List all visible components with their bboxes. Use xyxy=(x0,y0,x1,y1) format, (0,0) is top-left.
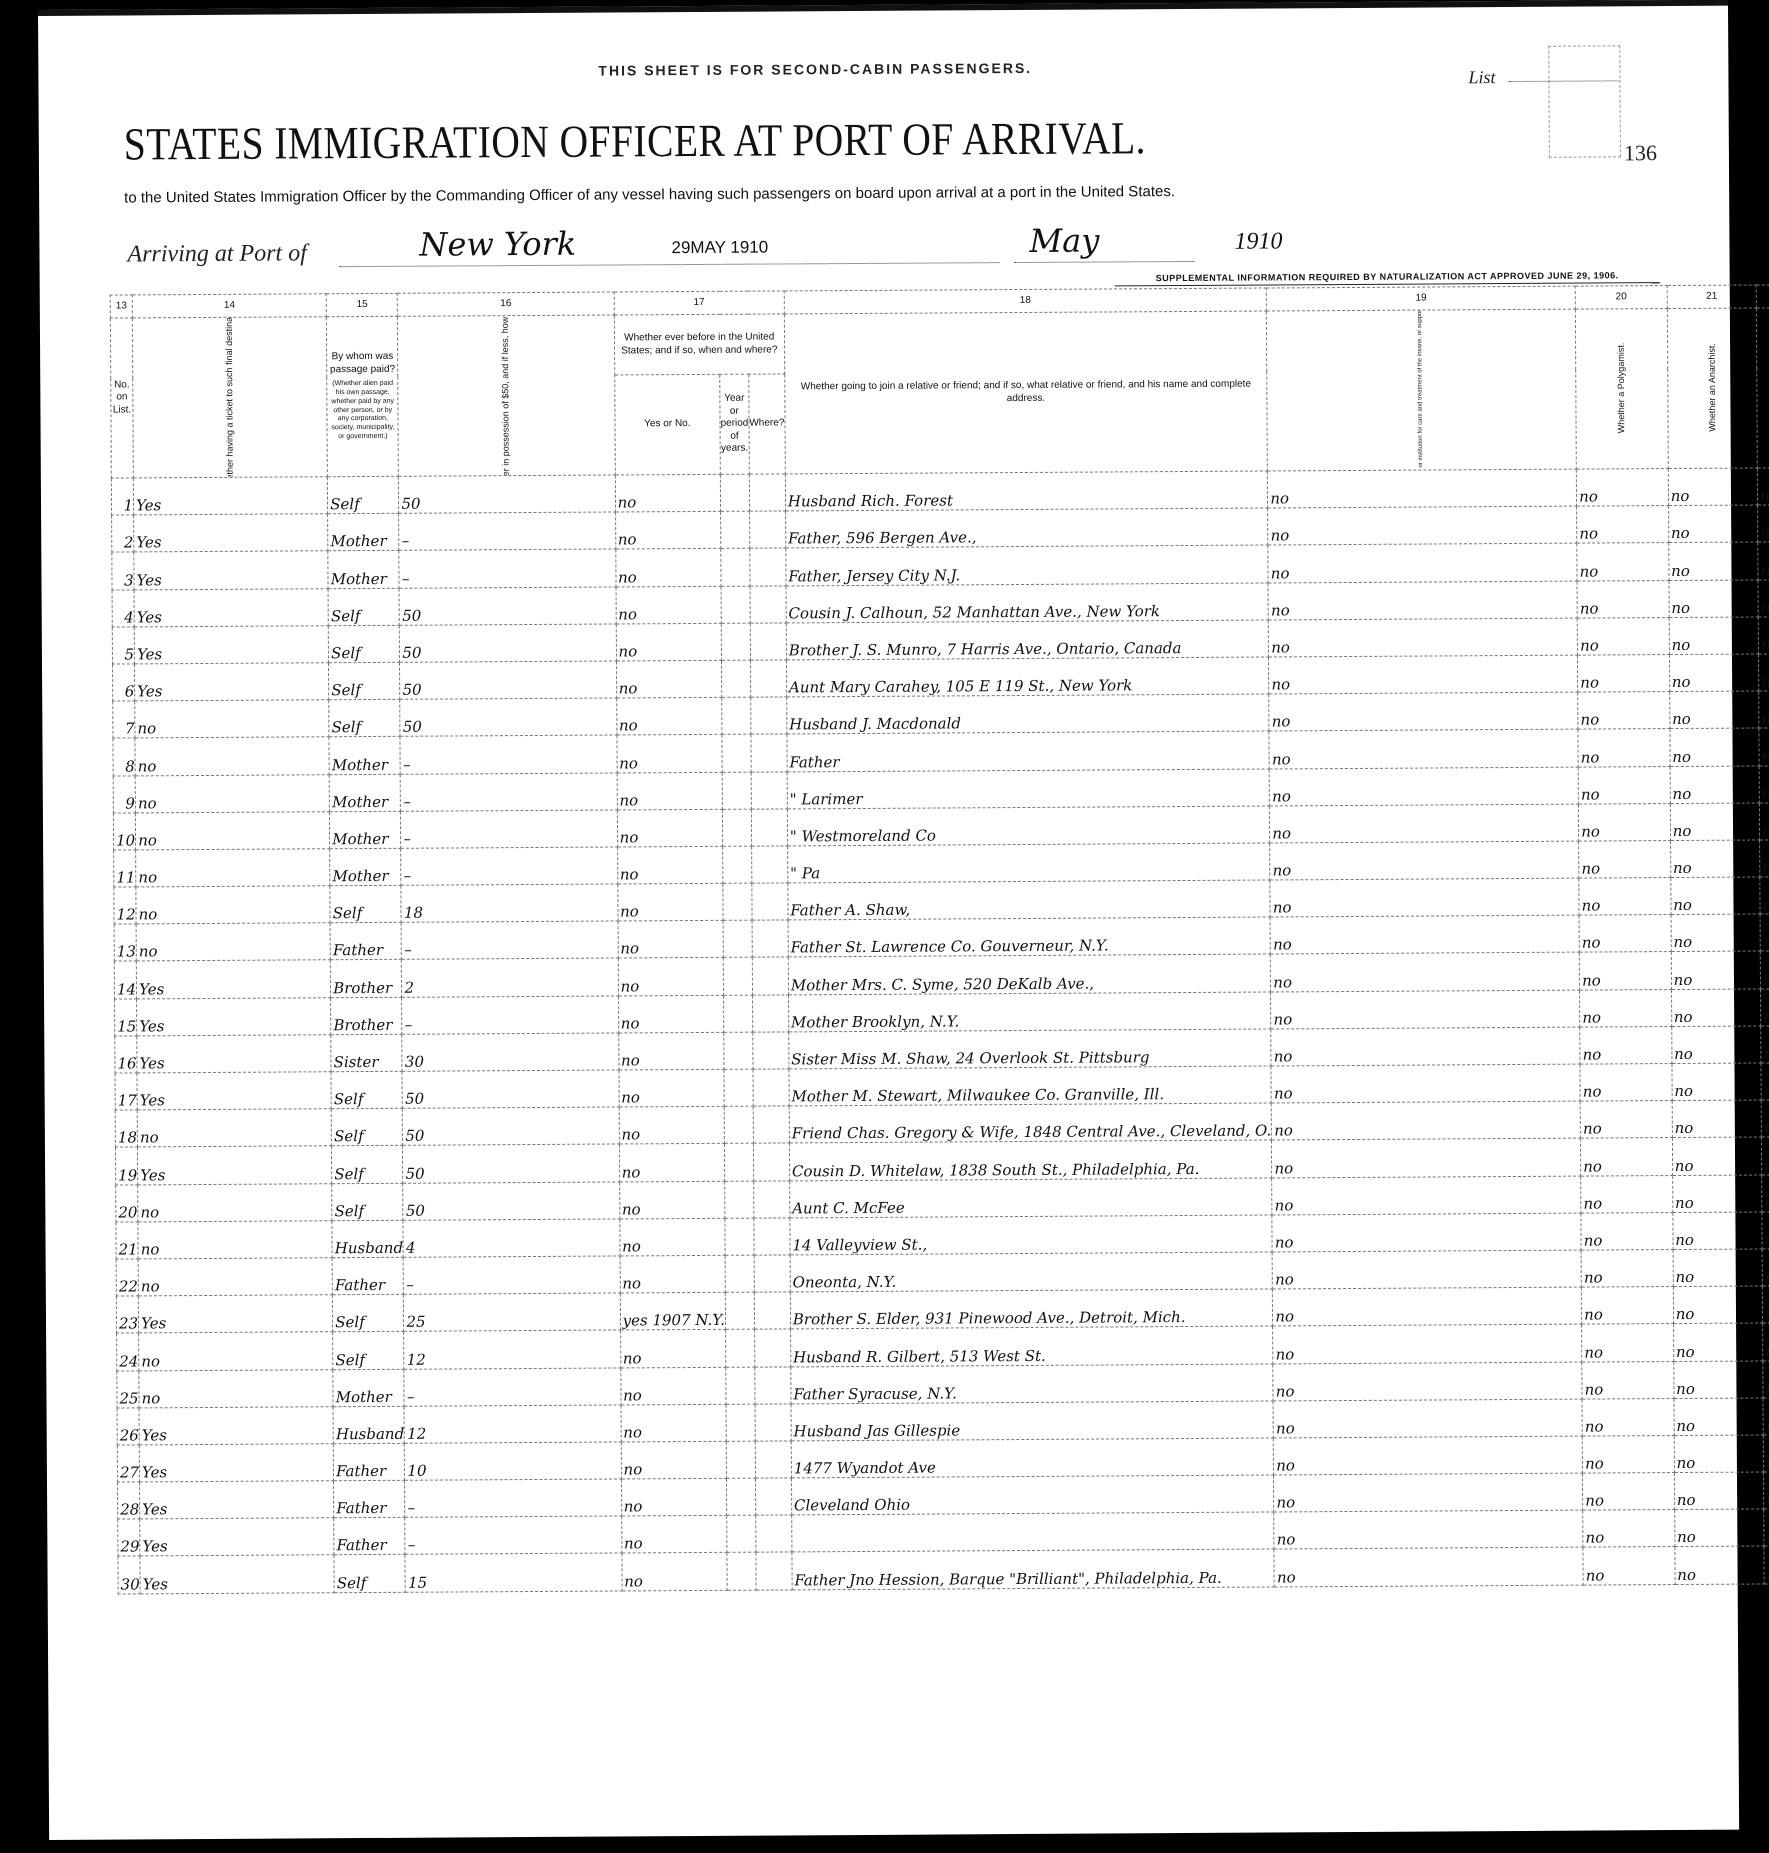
cell-labor: no xyxy=(1758,578,1769,617)
cell-no: 19 xyxy=(115,1147,137,1184)
cell-empty xyxy=(724,1032,753,1069)
cell-anar: no xyxy=(1674,1398,1764,1436)
cell-labor: no xyxy=(1764,1507,1769,1546)
cell-empty xyxy=(753,1143,789,1180)
cell-join: " Pa xyxy=(787,843,1270,883)
col19-number: 19 xyxy=(1267,286,1576,311)
cell-join: Mother Mrs. C. Syme, 520 DeKalb Ave., xyxy=(788,954,1271,994)
col13-number: 13 xyxy=(110,295,132,318)
cell-before: no xyxy=(621,1516,727,1554)
cell-no: 16 xyxy=(115,1036,137,1073)
cell-join: Brother J. S. Munro, 7 Harris Ave., Onta… xyxy=(786,620,1269,660)
cell-labor: no xyxy=(1763,1433,1769,1472)
cell-labor: no xyxy=(1764,1544,1769,1583)
cell-no: 23 xyxy=(116,1296,138,1333)
cell-paid: Self xyxy=(328,476,399,514)
cell-money: 4 xyxy=(403,1219,619,1258)
cell-ticket: no xyxy=(135,811,329,849)
cell-money: – xyxy=(401,772,617,811)
cell-before: no xyxy=(617,883,723,921)
cell-empty xyxy=(754,1218,790,1255)
cell-before: no xyxy=(621,1404,727,1442)
cell-ticket: Yes xyxy=(138,1146,332,1184)
cell-empty xyxy=(755,1404,791,1441)
cell-paid: Self xyxy=(328,625,399,663)
cell-ticket: no xyxy=(139,1369,333,1407)
cell-money: – xyxy=(402,921,618,960)
cell-join xyxy=(792,1512,1275,1552)
cell-labor: no xyxy=(1763,1396,1769,1435)
col21-label: Whether an Anarchist. xyxy=(1667,308,1758,469)
cell-labor: no xyxy=(1760,912,1769,951)
cell-ticket: Yes xyxy=(140,1518,334,1556)
cell-poly: no xyxy=(1581,1249,1673,1287)
cell-ticket: Yes xyxy=(139,1406,333,1444)
cell-empty xyxy=(751,846,787,883)
cell-before: no xyxy=(616,586,722,624)
cell-paid: Brother xyxy=(331,960,402,998)
cell-join: Husband J. Macdonald xyxy=(787,694,1270,734)
col20-number: 20 xyxy=(1575,286,1667,310)
cell-empty xyxy=(755,1441,791,1478)
cell-ticket: no xyxy=(135,774,329,812)
cell-no: 2 xyxy=(112,515,134,552)
cell-anar: no xyxy=(1670,728,1760,766)
cell-before: no xyxy=(618,995,724,1033)
cell-empty xyxy=(725,1181,754,1218)
cell-labor: no xyxy=(1759,763,1769,802)
cell-before: no xyxy=(619,1144,725,1182)
cell-labor: no xyxy=(1760,801,1769,840)
cell-join: Father, 596 Bergen Ave., xyxy=(785,508,1268,548)
cell-no: 18 xyxy=(115,1110,137,1147)
cell-paid: Self xyxy=(330,885,401,923)
cell-anar: no xyxy=(1672,1175,1762,1213)
cell-poly: no xyxy=(1579,915,1671,953)
cell-no: 28 xyxy=(117,1482,139,1519)
cell-before: no xyxy=(619,1181,725,1219)
cell-prison: no xyxy=(1269,655,1578,694)
cell-paid: Self xyxy=(332,1183,403,1221)
cell-empty xyxy=(726,1329,755,1366)
cell-poly: no xyxy=(1581,1287,1673,1325)
cell-labor: no xyxy=(1763,1358,1769,1397)
cell-paid: Husband xyxy=(332,1220,403,1258)
cell-money: 50 xyxy=(399,587,615,626)
cell-join: Sister Miss M. Shaw, 24 Overlook St. Pit… xyxy=(789,1029,1272,1069)
cell-anar: no xyxy=(1674,1509,1764,1547)
cell-before: no xyxy=(616,660,722,698)
cell-prison: no xyxy=(1271,1064,1580,1103)
manifest-sheet: THIS SHEET IS FOR SECOND-CABIN PASSENGER… xyxy=(38,0,1739,1840)
cell-poly: no xyxy=(1579,803,1671,841)
cell-join: Cousin J. Calhoun, 52 Manhattan Ave., Ne… xyxy=(786,583,1269,623)
list-stamp-box xyxy=(1548,45,1621,157)
cell-empty xyxy=(724,1144,753,1181)
cell-empty xyxy=(724,1069,753,1106)
cell-before: no xyxy=(618,958,724,996)
cell-ticket: Yes xyxy=(138,1295,332,1333)
col17-year: Year or period of years. xyxy=(720,374,749,474)
cell-no: 17 xyxy=(115,1073,137,1110)
cell-paid: Self xyxy=(329,662,400,700)
cell-empty xyxy=(723,883,752,920)
cell-paid: Father xyxy=(334,1480,405,1518)
cell-no: 22 xyxy=(116,1259,138,1296)
cell-paid: Self xyxy=(332,1146,403,1184)
cell-poly: no xyxy=(1582,1435,1674,1473)
cell-money: – xyxy=(399,512,615,551)
cell-no: 10 xyxy=(113,813,135,850)
cell-prison: no xyxy=(1270,915,1579,954)
cell-join: 14 Valleyview St., xyxy=(790,1215,1273,1255)
col17-yes-no: Yes or No. xyxy=(614,374,720,475)
cell-paid: Mother xyxy=(333,1369,404,1407)
cell-poly: no xyxy=(1578,766,1670,804)
cell-before: no xyxy=(621,1478,727,1516)
cell-join: Father Jno Hession, Barque "Brilliant", … xyxy=(792,1549,1275,1589)
col16-label: Whether in possession of $50, and if les… xyxy=(398,315,615,476)
col14-number: 14 xyxy=(132,294,326,318)
cell-prison: no xyxy=(1269,729,1578,768)
cell-poly: no xyxy=(1581,1212,1673,1250)
cell-empty xyxy=(724,1106,753,1143)
col19-label: Ever in prison or almshouse, or institut… xyxy=(1267,309,1577,471)
cell-prison: no xyxy=(1270,878,1579,917)
cell-poly: no xyxy=(1582,1361,1674,1399)
cell-poly: no xyxy=(1581,1138,1673,1176)
cell-anar: no xyxy=(1669,617,1759,655)
cell-labor: no xyxy=(1758,466,1769,505)
cell-ticket: no xyxy=(136,923,330,961)
cell-anar: no xyxy=(1671,1026,1761,1064)
cell-empty xyxy=(727,1515,756,1552)
cell-money: – xyxy=(400,735,616,774)
cell-paid: Brother xyxy=(331,997,402,1035)
cell-labor: no xyxy=(1763,1284,1769,1323)
cell-anar: no xyxy=(1670,840,1760,878)
cell-before: no xyxy=(620,1367,726,1405)
col17-where: Where? xyxy=(749,374,786,474)
cell-poly: no xyxy=(1579,878,1671,916)
cell-ticket: no xyxy=(138,1258,332,1296)
cell-join: Father, Jersey City N.J. xyxy=(786,545,1269,585)
cell-join: Brother S. Elder, 931 Pinewood Ave., Det… xyxy=(790,1289,1273,1329)
cell-paid: Self xyxy=(334,1555,405,1593)
cell-anar: no xyxy=(1673,1286,1763,1324)
cell-ticket: no xyxy=(136,849,330,887)
cell-empty xyxy=(725,1255,754,1292)
list-label: List xyxy=(1468,67,1495,88)
cell-ticket: Yes xyxy=(137,1035,331,1073)
cell-paid: Mother xyxy=(328,513,399,551)
cell-anar: no xyxy=(1671,951,1761,989)
cell-labor: no xyxy=(1761,949,1769,988)
cell-empty xyxy=(750,623,786,660)
cell-prison: no xyxy=(1271,990,1580,1029)
cell-join: Father St. Lawrence Co. Gouverneur, N.Y. xyxy=(788,917,1271,957)
cell-before: no xyxy=(617,809,723,847)
cell-ticket: no xyxy=(135,700,329,738)
cell-poly: no xyxy=(1580,1064,1672,1102)
cell-money: 50 xyxy=(403,1144,619,1183)
cell-join: 1477 Wyandot Ave xyxy=(791,1438,1274,1478)
cell-money: – xyxy=(399,549,615,588)
cell-paid: Mother xyxy=(329,774,400,812)
cell-empty xyxy=(752,883,788,920)
cell-before: no xyxy=(616,697,722,735)
cell-money: 50 xyxy=(403,1107,619,1146)
cell-labor: no xyxy=(1758,540,1769,579)
cell-anar: no xyxy=(1669,580,1759,618)
cell-anar: no xyxy=(1672,1100,1762,1138)
cell-empty xyxy=(723,920,752,957)
cell-poly: no xyxy=(1576,469,1668,507)
cell-prison: no xyxy=(1273,1324,1582,1363)
cell-no: 8 xyxy=(113,738,135,775)
cell-labor: no xyxy=(1761,1098,1769,1137)
cell-prison: no xyxy=(1269,692,1578,731)
cell-no: 6 xyxy=(112,664,134,701)
cell-join: Father Syracuse, N.Y. xyxy=(791,1363,1274,1403)
cell-join: Father A. Shaw, xyxy=(788,880,1271,920)
col15-number: 15 xyxy=(326,293,397,316)
page-subtitle: to the United States Immigration Officer… xyxy=(124,183,1175,206)
cell-anar: no xyxy=(1671,877,1761,915)
col21-number: 21 xyxy=(1667,285,1757,309)
cell-empty xyxy=(723,958,752,995)
cell-empty xyxy=(751,809,787,846)
cell-join: Aunt C. McFee xyxy=(789,1178,1272,1218)
cell-labor: no xyxy=(1759,689,1769,728)
cell-money: 2 xyxy=(402,958,618,997)
cell-prison: no xyxy=(1268,543,1577,582)
cell-empty xyxy=(725,1292,754,1329)
cell-before: no xyxy=(616,623,722,661)
cell-anar: no xyxy=(1673,1360,1763,1398)
cell-no: 12 xyxy=(114,887,136,924)
cell-before: no xyxy=(618,921,724,959)
cell-no: 11 xyxy=(114,850,136,887)
cell-empty xyxy=(726,1441,755,1478)
cell-poly: no xyxy=(1578,654,1670,692)
cell-before: no xyxy=(615,549,721,587)
cell-ticket: no xyxy=(139,1332,333,1370)
cell-empty xyxy=(721,549,750,586)
cell-paid: Mother xyxy=(330,811,401,849)
cell-empty xyxy=(753,1180,789,1217)
cell-money: – xyxy=(405,1516,621,1555)
cell-empty xyxy=(752,920,788,957)
cell-anar: no xyxy=(1671,989,1761,1027)
cell-anar: no xyxy=(1675,1546,1765,1584)
cell-no: 14 xyxy=(114,961,136,998)
cell-before: no xyxy=(619,1218,725,1256)
cell-no: 20 xyxy=(116,1184,138,1221)
cell-ticket: Yes xyxy=(137,1072,331,1110)
cell-anar: no xyxy=(1669,691,1759,729)
cell-empty xyxy=(754,1255,790,1292)
cell-ticket: no xyxy=(138,1183,332,1221)
cell-empty xyxy=(722,809,751,846)
arriving-label: Arriving at Port of xyxy=(127,240,307,268)
cell-paid: Mother xyxy=(330,848,401,886)
cell-anar: no xyxy=(1670,803,1760,841)
cell-labor: no xyxy=(1762,1247,1769,1286)
cell-ticket: no xyxy=(135,737,329,775)
cell-ticket: Yes xyxy=(134,514,328,552)
cell-paid: Father xyxy=(332,1257,403,1295)
cell-no: 5 xyxy=(112,627,134,664)
cell-labor: no xyxy=(1760,838,1769,877)
cell-join: Husband Jas Gillespie xyxy=(791,1401,1274,1441)
cell-empty xyxy=(750,548,786,585)
cell-no: 29 xyxy=(118,1519,140,1556)
port-value: New York xyxy=(419,225,576,264)
cell-prison: no xyxy=(1274,1436,1583,1475)
cell-anar: no xyxy=(1672,1063,1762,1101)
col22-number: 22 xyxy=(1756,283,1769,308)
cell-empty xyxy=(727,1553,756,1590)
col17-number: 17 xyxy=(614,291,784,315)
cell-empty xyxy=(756,1552,792,1589)
cell-no: 1 xyxy=(111,478,133,515)
cell-labor: no xyxy=(1761,1024,1769,1063)
col16-number: 16 xyxy=(398,292,614,316)
cell-join: Friend Chas. Gregory & Wife, 1848 Centra… xyxy=(789,1103,1272,1143)
cell-empty xyxy=(753,1032,789,1069)
cell-money: – xyxy=(401,810,617,849)
supplemental-banner: SUPPLEMENTAL INFORMATION REQUIRED BY NAT… xyxy=(1115,270,1660,286)
year-value: 1910 xyxy=(1234,228,1282,255)
cell-empty xyxy=(755,1366,791,1403)
cell-prison: no xyxy=(1271,953,1580,992)
cell-empty xyxy=(723,846,752,883)
cell-labor: no xyxy=(1759,726,1769,765)
cell-ticket: Yes xyxy=(134,551,328,589)
cell-money: 12 xyxy=(404,1330,620,1369)
cell-money: 50 xyxy=(402,1070,618,1109)
cell-money: – xyxy=(402,996,618,1035)
cell-anar: no xyxy=(1672,1137,1762,1175)
cell-money: 12 xyxy=(404,1405,620,1444)
cell-labor: no xyxy=(1760,875,1769,914)
cell-money: 50 xyxy=(403,1182,619,1221)
cell-no: 26 xyxy=(117,1408,139,1445)
cell-prison: no xyxy=(1271,1027,1580,1066)
cell-ticket: Yes xyxy=(140,1555,334,1593)
cell-empty xyxy=(726,1478,755,1515)
cell-empty xyxy=(722,697,751,734)
cell-labor: no xyxy=(1763,1321,1769,1360)
cell-ticket: Yes xyxy=(135,663,329,701)
cell-before: no xyxy=(617,846,723,884)
cell-prison: no xyxy=(1272,1250,1581,1289)
cell-labor: no xyxy=(1762,1135,1769,1174)
cell-no: 25 xyxy=(117,1370,139,1407)
cell-paid: Mother xyxy=(328,551,399,589)
cell-join: Husband Rich. Forest xyxy=(785,471,1268,511)
cell-no: 7 xyxy=(113,701,135,738)
cell-paid: Self xyxy=(331,1071,402,1109)
cell-poly: no xyxy=(1578,729,1670,767)
cell-empty xyxy=(749,511,785,548)
cell-prison: no xyxy=(1274,1548,1583,1587)
cell-empty xyxy=(753,1106,789,1143)
cell-ticket: Yes xyxy=(137,997,331,1035)
cell-poly: no xyxy=(1577,580,1669,618)
cell-ticket: Yes xyxy=(134,625,328,663)
cell-empty xyxy=(722,772,751,809)
cell-poly: no xyxy=(1581,1175,1673,1213)
cell-prison: no xyxy=(1272,1101,1581,1140)
cell-empty xyxy=(724,995,753,1032)
cell-paid: Self xyxy=(333,1294,404,1332)
cell-poly: no xyxy=(1580,1026,1672,1064)
cell-poly: no xyxy=(1583,1547,1675,1585)
cell-money: 50 xyxy=(400,698,616,737)
cell-ticket: Yes xyxy=(133,477,327,515)
cell-prison: no xyxy=(1269,618,1578,657)
cell-before: no xyxy=(622,1553,728,1591)
cell-poly: no xyxy=(1577,506,1669,544)
col18-number: 18 xyxy=(784,288,1267,314)
cell-labor: no xyxy=(1759,652,1769,691)
cell-anar: no xyxy=(1670,765,1760,803)
cell-before: no xyxy=(618,1032,724,1070)
cell-anar: no xyxy=(1674,1472,1764,1510)
col20-label: Whether a Polygamist. xyxy=(1575,309,1668,470)
cell-anar: no xyxy=(1668,505,1758,543)
cell-prison: no xyxy=(1268,469,1577,508)
cell-prison: no xyxy=(1268,581,1577,620)
cell-empty xyxy=(726,1404,755,1441)
cell-empty xyxy=(720,474,749,511)
cell-join: " Larimer xyxy=(787,768,1270,808)
cell-paid: Sister xyxy=(331,1034,402,1072)
cell-no: 3 xyxy=(112,552,134,589)
cell-money: 10 xyxy=(405,1442,621,1481)
cell-empty xyxy=(756,1515,792,1552)
cell-join: Mother M. Stewart, Milwaukee Co. Granvil… xyxy=(789,1066,1272,1106)
col22-label: Whether coming by reason of any offer, s… xyxy=(1757,306,1769,468)
col17-label: Whether ever before in the United States… xyxy=(614,314,785,375)
cell-empty xyxy=(721,586,750,623)
cell-poly: no xyxy=(1582,1324,1674,1362)
cell-anar: no xyxy=(1674,1435,1764,1473)
col14-label: Whether having a ticket to such final de… xyxy=(132,317,327,478)
cell-money: – xyxy=(401,847,617,886)
cell-join: Husband R. Gilbert, 513 West St. xyxy=(790,1326,1273,1366)
cell-poly: no xyxy=(1579,952,1671,990)
cell-money: – xyxy=(405,1479,621,1518)
cell-paid: Mother xyxy=(329,737,400,775)
cell-prison: no xyxy=(1270,804,1579,843)
cell-labor: no xyxy=(1762,1172,1769,1211)
cell-before: no xyxy=(621,1441,727,1479)
cell-paid: Husband xyxy=(333,1406,404,1444)
cell-prison: no xyxy=(1273,1287,1582,1326)
cell-poly: no xyxy=(1583,1473,1675,1511)
date-stamp: 29MAY 1910 xyxy=(671,238,768,259)
cell-labor: no xyxy=(1761,1061,1769,1100)
cell-empty xyxy=(721,511,750,548)
cell-empty xyxy=(721,623,750,660)
cell-join: " Westmoreland Co xyxy=(787,806,1270,846)
cell-empty xyxy=(751,771,787,808)
cell-prison: no xyxy=(1273,1399,1582,1438)
cell-ticket: Yes xyxy=(136,960,330,998)
